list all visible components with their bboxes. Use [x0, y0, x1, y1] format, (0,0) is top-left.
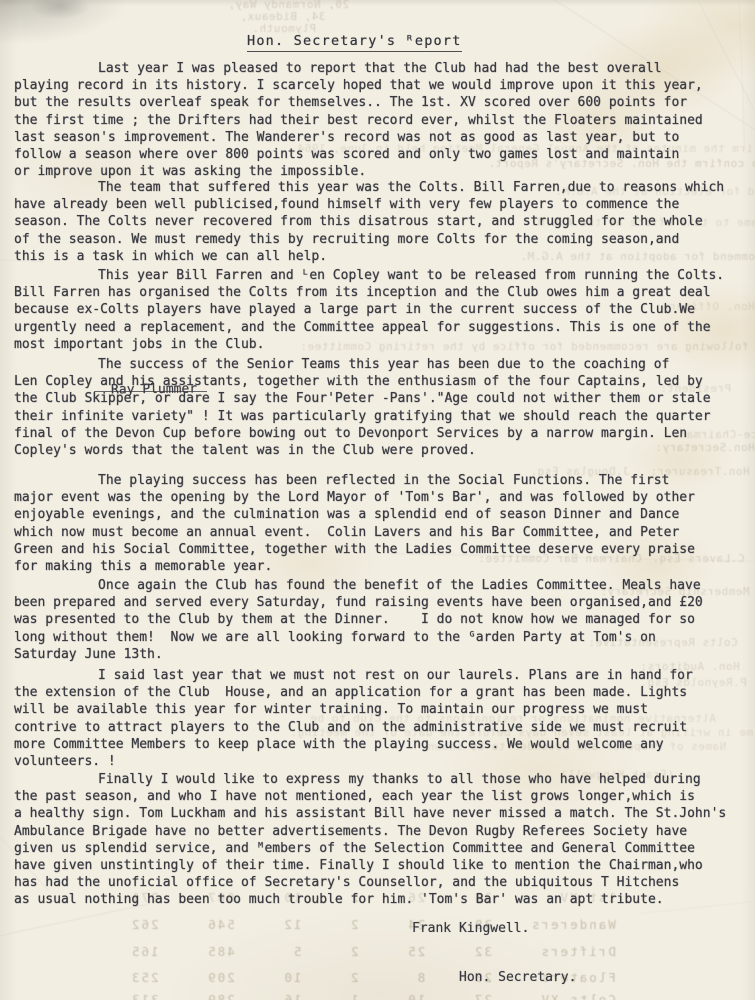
bleedthrough-text: Drifters 32 25 2 5 485 165: [130, 944, 616, 959]
signature-role: Hon. Secretary.: [459, 970, 576, 985]
signature-name: Frank Kingwell.: [412, 921, 529, 936]
bleedthrough-text: Colts XV 27 10 1 16 289 313: [130, 992, 616, 1000]
report-paragraph-7: I said last year that we must not rest o…: [14, 667, 748, 770]
interlinear-insertion: Ray Plummer: [111, 382, 197, 398]
report-paragraph-4: The success of the Senior Teams this yea…: [14, 356, 748, 459]
insertion-underline-mark: [94, 391, 207, 392]
report-paragraph-2: The team that suffered this year was the…: [14, 179, 748, 265]
bleedthrough-text: 20, Normandy Way,: [228, 0, 349, 11]
report-paragraph-5: The playing success has been reflected i…: [14, 472, 748, 575]
bleedthrough-text: Wanderers 38 24 2 12 546 262: [130, 917, 616, 932]
report-paragraph-8: Finally I would like to express my thank…: [14, 771, 748, 909]
scanned-report-page: 20, Normandy Way,34, Bideaux,Plymouth.1.…: [0, 0, 755, 1000]
report-paragraph-1: Last year I was pleased to report that t…: [14, 60, 748, 180]
bleedthrough-text: 34, Bideaux,: [240, 10, 325, 23]
report-paragraph-6: Once again the Club has found the benefi…: [14, 577, 748, 663]
page-title: Hon. Secretary's ᴿeport: [247, 33, 462, 52]
report-paragraph-3: This year Bill Farren and ᴸen Copley wan…: [14, 267, 748, 353]
